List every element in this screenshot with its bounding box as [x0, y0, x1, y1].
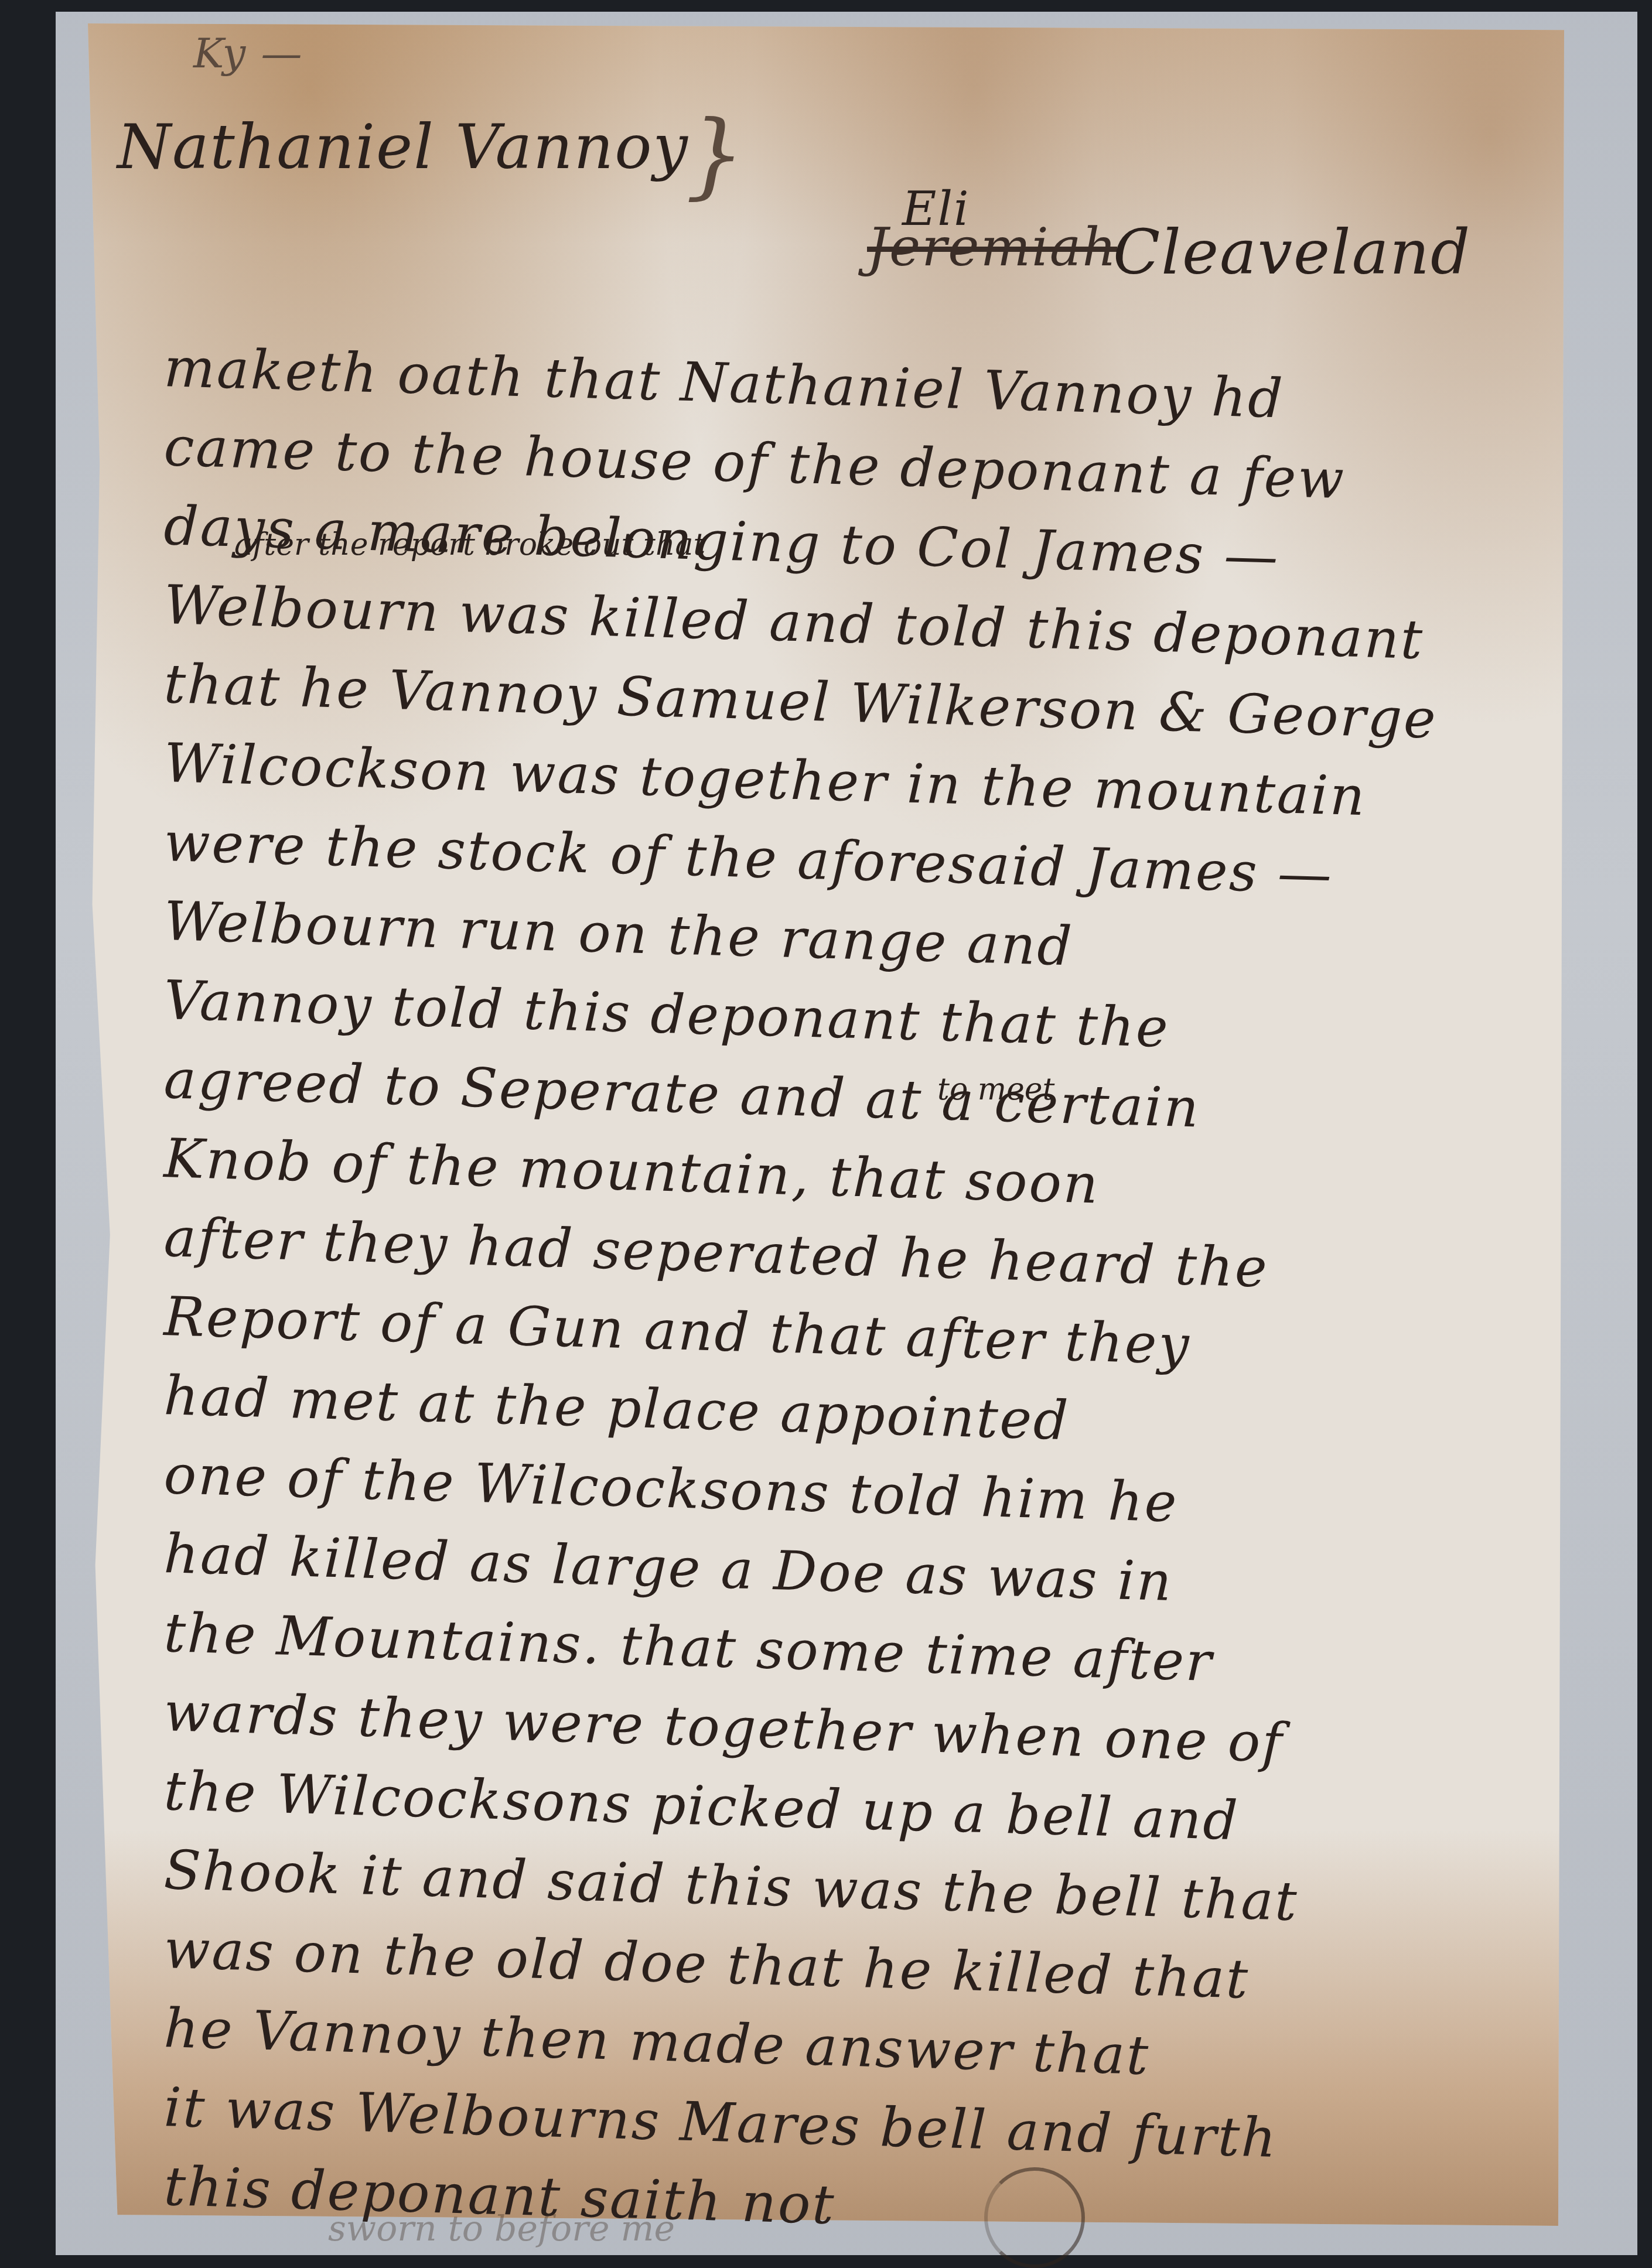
seal-mark: [984, 2167, 1085, 2268]
brace-mark: }: [685, 100, 746, 209]
faint-jurat-text: sworn to before me: [328, 2208, 675, 2249]
witness-last-name: Cleaveland: [1113, 217, 1471, 288]
deposition-body: maketh oath that Nathaniel Vannoy hd cam…: [164, 328, 1529, 2226]
case-reference: Ky —: [193, 29, 303, 77]
struck-first-name: Jeremiah: [867, 217, 1117, 278]
deponent-name: Nathaniel Vannoy: [117, 111, 689, 183]
